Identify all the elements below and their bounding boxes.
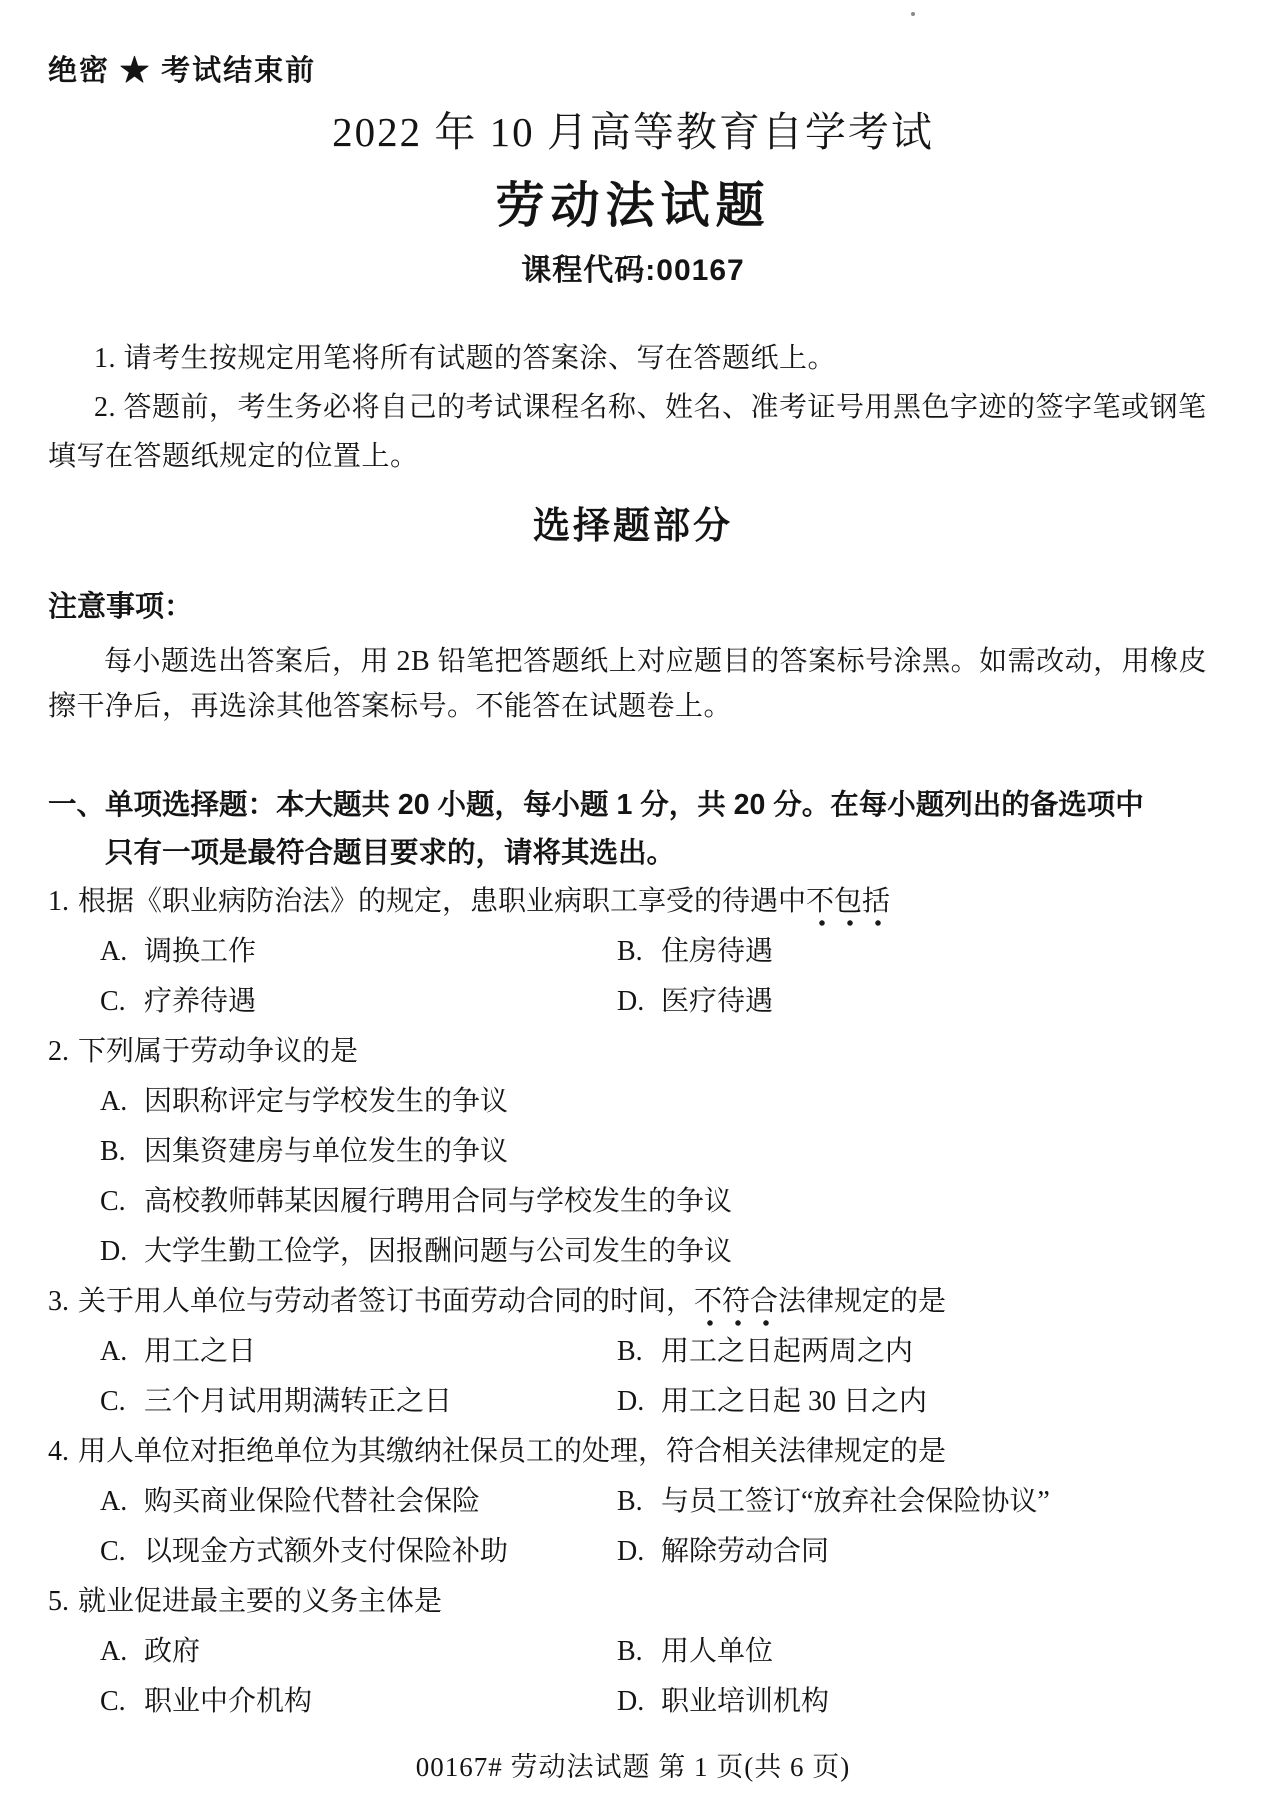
caution-heading: 注意事项： (48, 591, 1218, 623)
question-2-options-row-3: C.高校教师韩某因履行聘用合同与学校发生的争议 (48, 1177, 1218, 1227)
question-4-options-row-2: C.以现金方式额外支付保险补助 D.解除劳动合同 (48, 1527, 1218, 1577)
option-2-a-label: A. (100, 1077, 144, 1127)
question-5-options-row-2: C.职业中介机构 D.职业培训机构 (48, 1677, 1218, 1727)
option-5-b-label: B. (617, 1627, 661, 1677)
question-3-stem-text: 关于用人单位与劳动者签订书面劳动合同的时间， (78, 1286, 694, 1317)
option-4-d: D.解除劳动合同 (617, 1527, 1218, 1577)
option-4-b: B.与员工签订“放弃社会保险协议” (617, 1477, 1218, 1527)
option-5-b: B.用人单位 (617, 1627, 1218, 1677)
question-1-stem-text: 根据《职业病防治法》的规定，患职业病职工享受的待遇中 (78, 886, 806, 917)
option-4-c: C.以现金方式额外支付保险补助 (100, 1527, 617, 1577)
option-1-b-text: 住房待遇 (661, 936, 773, 967)
option-4-d-text: 解除劳动合同 (661, 1536, 829, 1567)
option-4-a-text: 购买商业保险代替社会保险 (144, 1486, 480, 1517)
option-3-d-text: 用工之日起 30 日之内 (661, 1386, 927, 1417)
option-1-a: A.调换工作 (100, 927, 617, 977)
option-2-d: D.大学生勤工俭学，因报酬问题与公司发生的争议 (100, 1227, 1218, 1277)
option-3-a: A.用工之日 (100, 1327, 617, 1377)
question-4-stem: 4.用人单位对拒绝单位为其缴纳社保员工的处理，符合相关法律规定的是 (48, 1427, 1218, 1477)
caution-line-1: 每小题选出答案后，用 2B 铅笔把答题纸上对应题目的答案标号涂黑。如需改动，用橡… (48, 639, 1218, 684)
option-2-c: C.高校教师韩某因履行聘用合同与学校发生的争议 (100, 1177, 1218, 1227)
option-1-b: B.住房待遇 (617, 927, 1218, 977)
option-3-a-label: A. (100, 1327, 144, 1377)
option-4-d-label: D. (617, 1527, 661, 1577)
caution-line-2: 擦干净后，再选涂其他答案标号。不能答在试题卷上。 (48, 684, 1218, 729)
option-1-d: D.医疗待遇 (617, 977, 1218, 1027)
option-5-a: A.政府 (100, 1627, 617, 1677)
question-4: 4.用人单位对拒绝单位为其缴纳社保员工的处理，符合相关法律规定的是 A.购买商业… (48, 1427, 1218, 1577)
subject-title: 劳动法试题 (48, 176, 1218, 236)
option-1-a-text: 调换工作 (144, 936, 256, 967)
question-3-options-row-1: A.用工之日 B.用工之日起两周之内 (48, 1327, 1218, 1377)
exam-paper-page: 绝密 ★ 考试结束前 2022 年 10 月高等教育自学考试 劳动法试题 课程代… (0, 0, 1266, 1816)
option-1-d-text: 医疗待遇 (661, 986, 773, 1017)
question-2-options-row-1: A.因职称评定与学校发生的争议 (48, 1077, 1218, 1127)
option-5-a-text: 政府 (144, 1636, 200, 1667)
part-one-heading-line1: 一、单项选择题：本大题共 20 小题，每小题 1 分，共 20 分。在每小题列出… (48, 781, 1218, 829)
option-5-c-text: 职业中介机构 (144, 1686, 312, 1717)
option-3-b: B.用工之日起两周之内 (617, 1327, 1218, 1377)
question-list: 1.根据《职业病防治法》的规定，患职业病职工享受的待遇中不包括 A.调换工作 B… (48, 877, 1218, 1727)
question-3-stem-tail: 法律规定的是 (778, 1286, 946, 1317)
option-2-c-text: 高校教师韩某因履行聘用合同与学校发生的争议 (144, 1186, 732, 1217)
option-2-d-label: D. (100, 1227, 144, 1277)
option-1-c-label: C. (100, 977, 144, 1027)
notice-line-1: 1. 请考生按规定用笔将所有试题的答案涂、写在答题纸上。 (48, 334, 1218, 383)
option-5-d-label: D. (617, 1677, 661, 1727)
option-5-b-text: 用人单位 (661, 1636, 773, 1667)
option-3-c: C.三个月试用期满转正之日 (100, 1377, 617, 1427)
option-2-b: B.因集资建房与单位发生的争议 (100, 1127, 1218, 1177)
option-1-c-text: 疗养待遇 (144, 986, 256, 1017)
option-3-b-label: B. (617, 1327, 661, 1377)
question-1-options-row-1: A.调换工作 B.住房待遇 (48, 927, 1218, 977)
scan-speck (911, 12, 915, 16)
question-3-stem: 3.关于用人单位与劳动者签订书面劳动合同的时间，不符合法律规定的是 (48, 1277, 1218, 1327)
question-3-stem-emphasis: 不符合 (694, 1286, 778, 1327)
option-5-c-label: C. (100, 1677, 144, 1727)
question-3-options-row-2: C.三个月试用期满转正之日 D.用工之日起 30 日之内 (48, 1377, 1218, 1427)
option-4-c-label: C. (100, 1527, 144, 1577)
option-4-b-text: 与员工签订“放弃社会保险协议” (661, 1486, 1050, 1517)
question-1: 1.根据《职业病防治法》的规定，患职业病职工享受的待遇中不包括 A.调换工作 B… (48, 877, 1218, 1027)
option-3-c-label: C. (100, 1377, 144, 1427)
question-1-number: 1. (48, 877, 78, 927)
option-3-a-text: 用工之日 (144, 1336, 256, 1367)
option-1-c: C.疗养待遇 (100, 977, 617, 1027)
question-1-stem-emphasis: 不包括 (806, 886, 890, 927)
option-3-d: D.用工之日起 30 日之内 (617, 1377, 1218, 1427)
question-5-stem: 5.就业促进最主要的义务主体是 (48, 1577, 1218, 1627)
option-1-a-label: A. (100, 927, 144, 977)
section-title: 选择题部分 (48, 503, 1218, 549)
security-notice: 绝密 ★ 考试结束前 (48, 54, 1218, 88)
option-3-c-text: 三个月试用期满转正之日 (144, 1386, 452, 1417)
option-2-b-label: B. (100, 1127, 144, 1177)
option-4-c-text: 以现金方式额外支付保险补助 (144, 1536, 508, 1567)
question-2-options-row-2: B.因集资建房与单位发生的争议 (48, 1127, 1218, 1177)
option-4-b-label: B. (617, 1477, 661, 1527)
question-3: 3.关于用人单位与劳动者签订书面劳动合同的时间，不符合法律规定的是 A.用工之日… (48, 1277, 1218, 1427)
option-1-d-label: D. (617, 977, 661, 1027)
part-one-heading: 一、单项选择题：本大题共 20 小题，每小题 1 分，共 20 分。在每小题列出… (48, 781, 1218, 877)
question-4-number: 4. (48, 1427, 78, 1477)
question-2-options-row-4: D.大学生勤工俭学，因报酬问题与公司发生的争议 (48, 1227, 1218, 1277)
notice-line-2: 2. 答题前，考生务必将自己的考试课程名称、姓名、准考证号用黑色字迹的签字笔或钢… (48, 383, 1218, 432)
question-5-number: 5. (48, 1577, 78, 1627)
question-2-stem: 2.下列属于劳动争议的是 (48, 1027, 1218, 1077)
question-3-number: 3. (48, 1277, 78, 1327)
option-2-b-text: 因集资建房与单位发生的争议 (144, 1136, 508, 1167)
question-2-stem-text: 下列属于劳动争议的是 (78, 1036, 358, 1067)
question-1-options-row-2: C.疗养待遇 D.医疗待遇 (48, 977, 1218, 1027)
option-1-b-label: B. (617, 927, 661, 977)
question-2-number: 2. (48, 1027, 78, 1077)
option-2-a-text: 因职称评定与学校发生的争议 (144, 1086, 508, 1117)
option-2-a: A.因职称评定与学校发生的争议 (100, 1077, 1218, 1127)
question-4-options-row-1: A.购买商业保险代替社会保险 B.与员工签订“放弃社会保险协议” (48, 1477, 1218, 1527)
option-4-a: A.购买商业保险代替社会保险 (100, 1477, 617, 1527)
notice-line-3: 填写在答题纸规定的位置上。 (48, 432, 1218, 481)
part-one-heading-line2: 只有一项是最符合题目要求的，请将其选出。 (48, 829, 1218, 877)
option-5-c: C.职业中介机构 (100, 1677, 617, 1727)
general-notices: 1. 请考生按规定用笔将所有试题的答案涂、写在答题纸上。 2. 答题前，考生务必… (48, 334, 1218, 481)
course-code: 课程代码:00167 (48, 252, 1218, 290)
question-5-options-row-1: A.政府 B.用人单位 (48, 1627, 1218, 1677)
question-1-stem: 1.根据《职业病防治法》的规定，患职业病职工享受的待遇中不包括 (48, 877, 1218, 927)
option-3-d-label: D. (617, 1377, 661, 1427)
option-2-d-text: 大学生勤工俭学，因报酬问题与公司发生的争议 (144, 1236, 732, 1267)
question-5: 5.就业促进最主要的义务主体是 A.政府 B.用人单位 C.职业中介机构 D.职… (48, 1577, 1218, 1727)
exam-session-title: 2022 年 10 月高等教育自学考试 (48, 108, 1218, 156)
option-5-d: D.职业培训机构 (617, 1677, 1218, 1727)
question-5-stem-text: 就业促进最主要的义务主体是 (78, 1586, 442, 1617)
caution-body: 每小题选出答案后，用 2B 铅笔把答题纸上对应题目的答案标号涂黑。如需改动，用橡… (48, 639, 1218, 729)
option-2-c-label: C. (100, 1177, 144, 1227)
question-2: 2.下列属于劳动争议的是 A.因职称评定与学校发生的争议 B.因集资建房与单位发… (48, 1027, 1218, 1277)
option-5-d-text: 职业培训机构 (661, 1686, 829, 1717)
option-5-a-label: A. (100, 1627, 144, 1677)
question-4-stem-text: 用人单位对拒绝单位为其缴纳社保员工的处理，符合相关法律规定的是 (78, 1436, 946, 1467)
page-footer: 00167# 劳动法试题 第 1 页(共 6 页) (0, 1750, 1266, 1784)
option-3-b-text: 用工之日起两周之内 (661, 1336, 913, 1367)
option-4-a-label: A. (100, 1477, 144, 1527)
